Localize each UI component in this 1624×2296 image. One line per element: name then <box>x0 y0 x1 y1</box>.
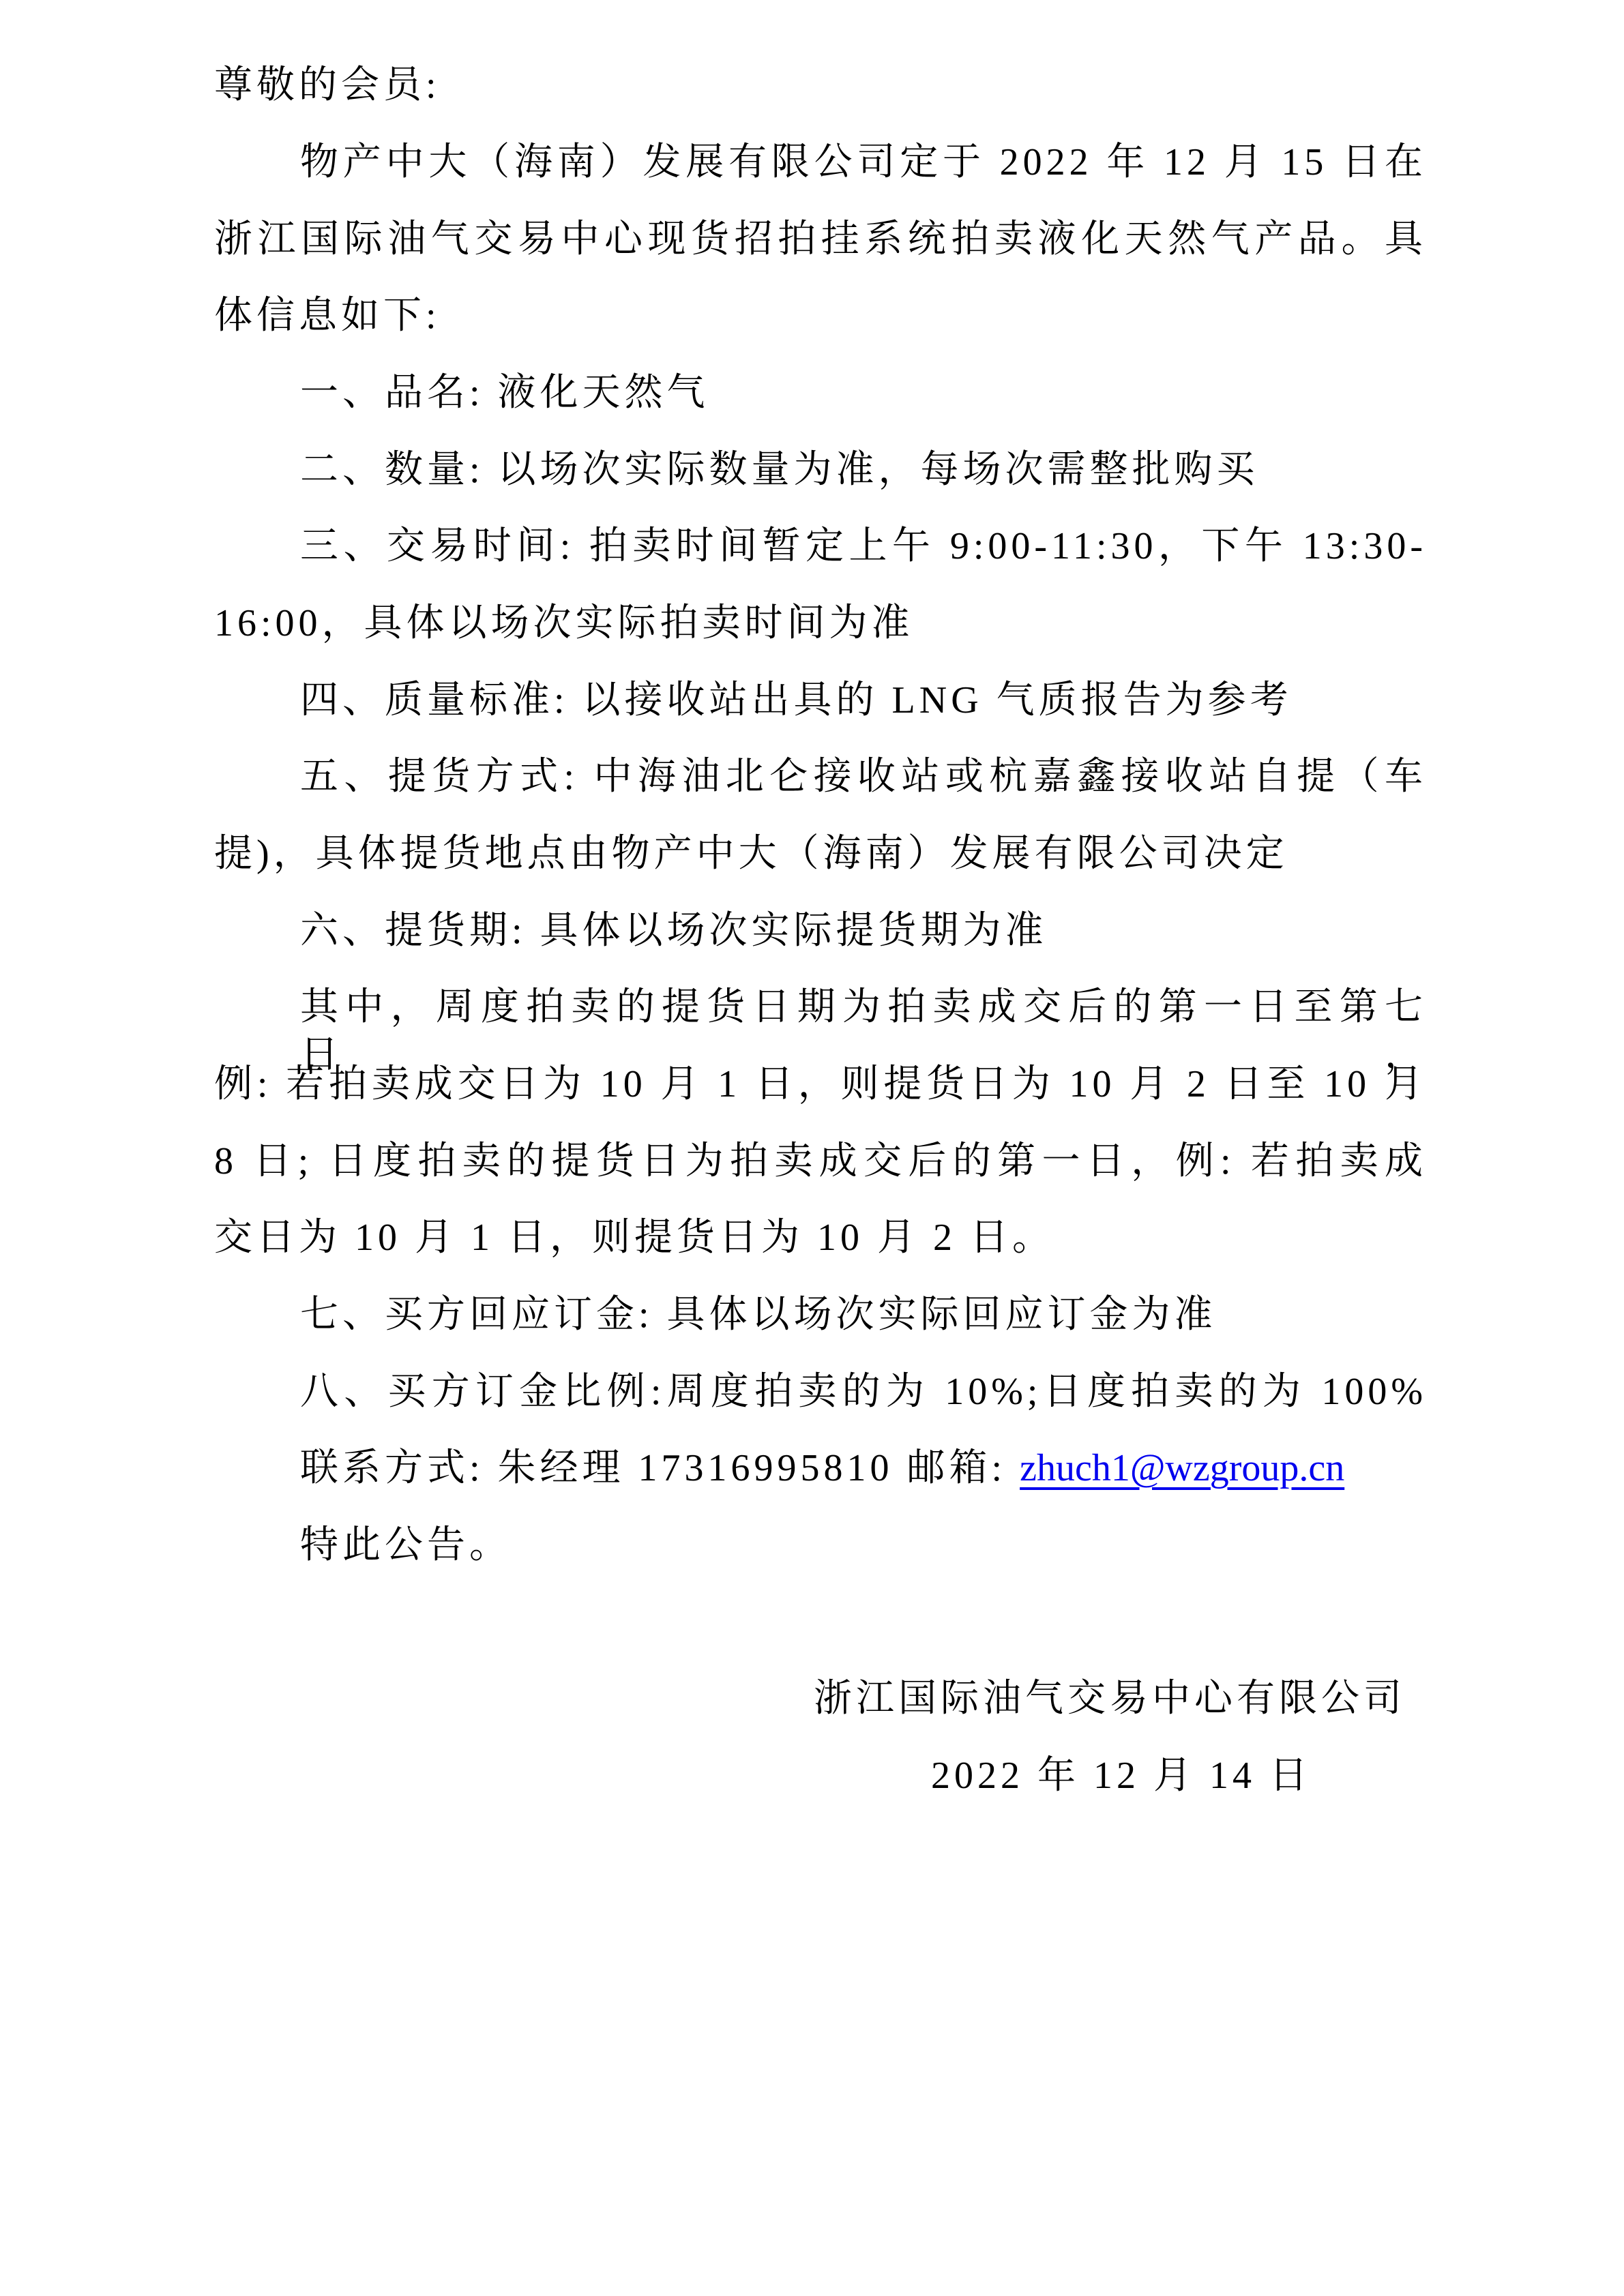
item-buyer-deposit: 七、买方回应订金: 具体以场次实际回应订金为准 <box>300 1291 1427 1339</box>
item-quantity: 二、数量: 以场次实际数量为准，每场次需整批购买 <box>300 446 1427 494</box>
email-link[interactable]: zhuch1@wzgroup.cn <box>1020 1447 1344 1489</box>
closing-statement: 特此公告。 <box>300 1521 1427 1569</box>
item-product-name: 一、品名: 液化天然气 <box>300 369 1427 417</box>
salutation: 尊敬的会员: <box>214 61 1427 109</box>
note-line-4: 交日为 10 月 1 日，则提货日为 10 月 2 日。 <box>214 1214 1427 1262</box>
item-trading-time-line-1: 三、交易时间: 拍卖时间暂定上午 9:00-11:30，下午 13:30- <box>300 522 1427 570</box>
item-delivery-method-line-2: 提)，具体提货地点由物产中大（海南）发展有限公司决定 <box>214 830 1427 878</box>
intro-line-1: 物产中大（海南）发展有限公司定于 2022 年 12 月 15 日在 <box>300 138 1427 186</box>
signature-date: 2022 年 12 月 14 日 <box>931 1752 1312 1800</box>
item-delivery-method-line-1: 五、提货方式: 中海油北仑接收站或杭嘉鑫接收站自提（车 <box>300 753 1427 801</box>
item-delivery-period: 六、提货期: 具体以场次实际提货期为准 <box>300 907 1427 955</box>
intro-line-2: 浙江国际油气交易中心现货招拍挂系统拍卖液化天然气产品。具 <box>214 215 1427 263</box>
intro-line-3: 体信息如下: <box>214 292 1427 340</box>
item-quality-standard: 四、质量标准: 以接收站出具的 LNG 气质报告为参考 <box>300 676 1427 724</box>
signature-organization: 浙江国际油气交易中心有限公司 <box>814 1675 1406 1723</box>
document-page: 尊敬的会员: 物产中大（海南）发展有限公司定于 2022 年 12 月 15 日… <box>0 0 1624 2296</box>
contact-info: 联系方式: 朱经理 17316995810 邮箱: <box>300 1447 1020 1489</box>
item-deposit-ratio: 八、买方订金比例:周度拍卖的为 10%;日度拍卖的为 100% <box>300 1368 1427 1416</box>
note-line-2: 例: 若拍卖成交日为 10 月 1 日，则提货日为 10 月 2 日至 10 月 <box>214 1060 1427 1108</box>
item-trading-time-line-2: 16:00，具体以场次实际拍卖时间为准 <box>214 599 1427 647</box>
contact-line: 联系方式: 朱经理 17316995810 邮箱: zhuch1@wzgroup… <box>300 1444 1427 1492</box>
note-line-3: 8 日; 日度拍卖的提货日为拍卖成交后的第一日，例: 若拍卖成 <box>214 1137 1427 1185</box>
